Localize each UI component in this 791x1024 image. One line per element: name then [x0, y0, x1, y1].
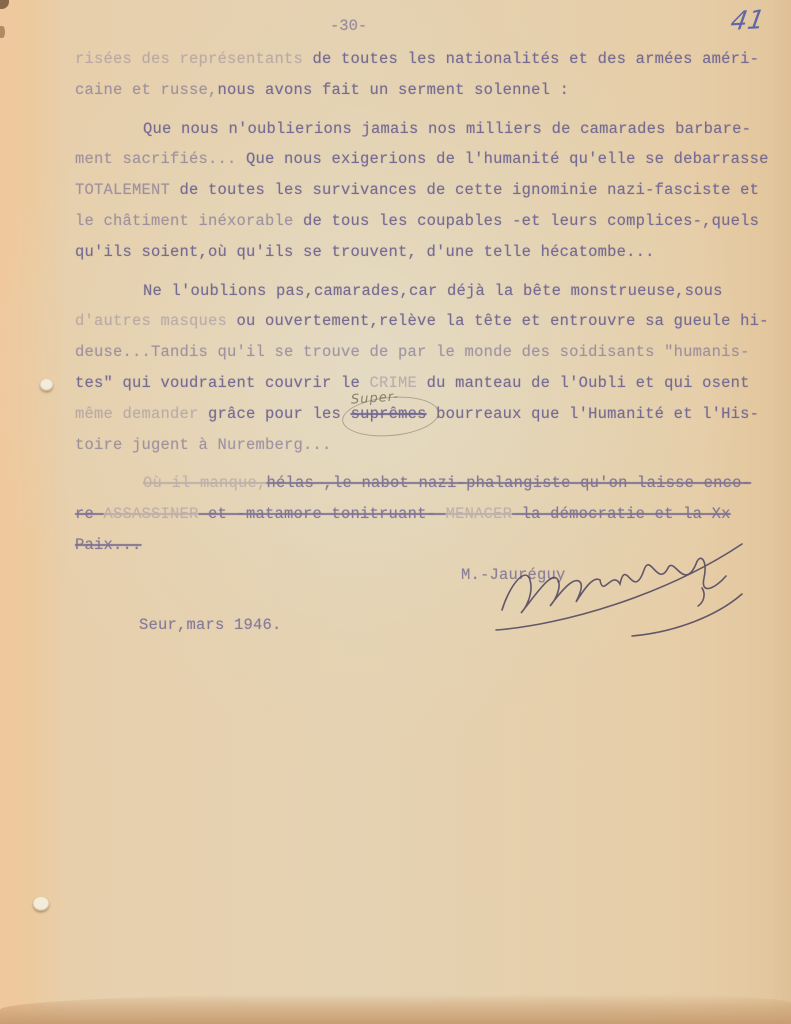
typed-text-segment: et -matamore tonitruant- — [199, 505, 446, 523]
typed-text-segment: de toutes les nationalités et des armées… — [303, 50, 759, 68]
page-bottom-edge-shadow — [0, 994, 791, 1024]
typed-line: qu'ils soient,où qu'ils se trouvent, d'u… — [75, 237, 777, 268]
dateline: Seur,mars 1946. — [139, 616, 282, 634]
typed-line: toire jugent à Nuremberg... — [75, 430, 777, 461]
typed-line: ment sacrifiés... Que nous exigerions de… — [75, 144, 777, 175]
typed-text-segment: d'autres masques — [75, 312, 227, 330]
page-number: -30- — [330, 17, 367, 35]
paper-corner-mark — [0, 0, 9, 9]
typed-line: même demander grâce pour les suprêmes bo… — [75, 399, 777, 430]
typed-text-segment: ASSASSINER — [104, 505, 199, 523]
typed-line: TOTALEMENT de toutes les survivances de … — [75, 175, 777, 206]
typed-text-segment: risées des représentants — [75, 50, 303, 68]
typed-text-segment: Où il manque, — [143, 474, 267, 492]
typed-line: Que nous n'oublierions jamais nos millie… — [75, 114, 777, 145]
typed-line: le châtiment inéxorable de tous les coup… — [75, 206, 777, 237]
handwritten-folio-number: 41 — [728, 5, 766, 37]
typed-text-segment: deuse...Tandis qu'il se trouve de par le… — [75, 343, 750, 361]
typed-text-segment: tes" qui voudraient couvrir le — [75, 374, 370, 392]
paragraph: risées des représentants de toutes les n… — [75, 44, 777, 106]
typed-text-segment: ou ouvertement,relève la tête et entrouv… — [227, 312, 769, 330]
typed-text-segment: la démocratie et la Xx — [512, 505, 731, 523]
typed-line: d'autres masques ou ouvertement,relève l… — [75, 306, 777, 337]
typed-text-segment: nous avons fait un serment solennel : — [218, 81, 570, 99]
typed-text-segment: de toutes les survivances de cette ignom… — [170, 181, 759, 199]
typed-text-segment: du manteau de l'Oubli et qui osent — [417, 374, 750, 392]
typed-text-segment: MENACER — [446, 505, 513, 523]
typed-text-segment: caine et russe, — [75, 81, 218, 99]
typed-text-segment: toire jugent à Nuremberg... — [75, 436, 332, 454]
typed-line: re ASSASSINER et -matamore tonitruant- M… — [75, 499, 777, 530]
typed-text-segment: bourreaux que l'Humanité et l'His- — [427, 405, 760, 423]
typed-text-segment: Paix... — [75, 536, 142, 554]
typed-line: deuse...Tandis qu'il se trouve de par le… — [75, 337, 777, 368]
typed-line: Ne l'oublions pas,camarades,car déjà la … — [75, 276, 777, 307]
paragraph: Que nous n'oublierions jamais nos millie… — [75, 114, 777, 268]
typed-body: risées des représentants de toutes les n… — [75, 44, 777, 561]
typed-line: tes" qui voudraient couvrir le CRIME du … — [75, 368, 777, 399]
typed-text-segment: qu'ils soient,où qu'ils se trouvent, d'u… — [75, 243, 655, 261]
typed-text-segment: même demander — [75, 405, 199, 423]
hole-punch-top — [40, 379, 53, 391]
typed-text-segment: de tous les coupables -et leurs complice… — [294, 212, 760, 230]
paragraph: Ne l'oublions pas,camarades,car déjà la … — [75, 276, 777, 461]
typed-text-segment: le châtiment inéxorable — [75, 212, 294, 230]
circled-word: suprêmes — [351, 405, 427, 423]
paper-edge-mark — [0, 26, 5, 38]
typed-line: Où il manque,hélas ,le nabot nazi-phalan… — [75, 468, 777, 499]
typed-text-segment: Que nous n'oublierions jamais nos millie… — [143, 120, 751, 138]
typed-text-segment: ment sacrifiés... — [75, 150, 237, 168]
typed-text-segment: Ne l'oublions pas,camarades,car déjà la … — [143, 282, 723, 300]
typed-text-segment: Que nous exigerions de l'humanité qu'ell… — [237, 150, 769, 168]
typed-text-segment: grâce pour les — [199, 405, 351, 423]
handwritten-signature — [492, 536, 752, 646]
typed-line: caine et russe,nous avons fait un sermen… — [75, 75, 777, 106]
scanned-document-page: -30- 41 risées des représentants de tout… — [0, 0, 791, 1024]
typed-text-segment: hélas ,le nabot nazi-phalangiste qu'on l… — [267, 474, 752, 492]
typed-line: risées des représentants de toutes les n… — [75, 44, 777, 75]
typed-text-segment: TOTALEMENT — [75, 181, 170, 199]
typed-text-segment: re — [75, 505, 104, 523]
hole-punch-bottom — [33, 897, 49, 911]
